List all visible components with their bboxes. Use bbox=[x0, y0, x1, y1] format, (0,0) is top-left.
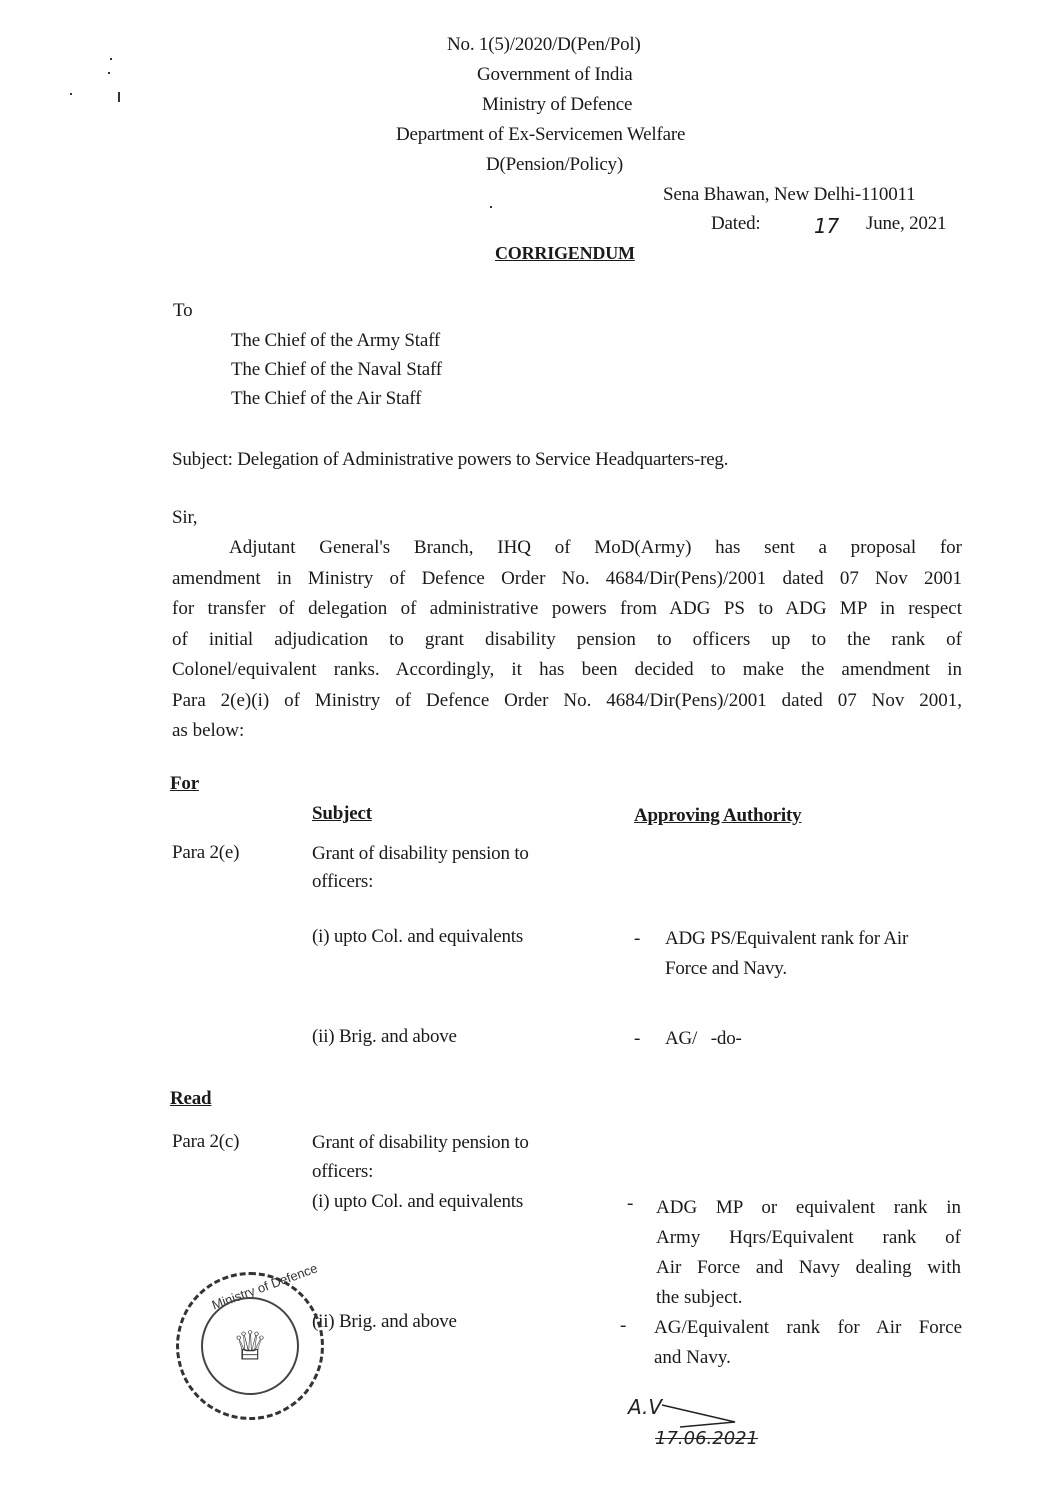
document-title: CORRIGENDUM bbox=[495, 242, 635, 264]
for-subject-line2: officers: bbox=[312, 871, 373, 893]
read-authority-1-line: Air Force and Navy dealing with bbox=[656, 1253, 961, 1283]
for-authority-1-line2: Force and Navy. bbox=[665, 958, 787, 980]
dated-label: Dated: bbox=[711, 213, 760, 235]
for-authority-1-line1: ADG PS/Equivalent rank for Air bbox=[665, 928, 908, 950]
division-name: D(Pension/Policy) bbox=[486, 154, 623, 176]
read-authority-2-line: AG/Equivalent rank for Air Force bbox=[654, 1313, 962, 1343]
recipient-air: The Chief of the Air Staff bbox=[231, 388, 421, 410]
for-para-ref: Para 2(e) bbox=[172, 842, 239, 864]
read-dash-1: - bbox=[627, 1193, 633, 1215]
for-heading: For bbox=[170, 773, 199, 795]
read-para-ref: Para 2(c) bbox=[172, 1131, 239, 1153]
body-paragraph: Adjutant General's Branch, IHQ of MoD(Ar… bbox=[172, 533, 962, 747]
salutation: Sir, bbox=[172, 507, 197, 529]
department-name: Department of Ex-Servicemen Welfare bbox=[396, 124, 685, 146]
scan-speck bbox=[70, 93, 72, 95]
for-subject-line1: Grant of disability pension to bbox=[312, 843, 529, 865]
scan-speck bbox=[108, 72, 110, 74]
to-label: To bbox=[173, 300, 192, 322]
body-line: as below: bbox=[172, 716, 962, 747]
for-dash-2: - bbox=[634, 1028, 640, 1050]
read-item-1: (i) upto Col. and equivalents bbox=[312, 1191, 523, 1213]
scan-speck bbox=[110, 58, 112, 60]
stamp-inner-ring: ♕ bbox=[201, 1297, 299, 1395]
read-authority-1-line: ADG MP or equivalent rank in bbox=[656, 1193, 961, 1223]
body-line: amendment in Ministry of Defence Order N… bbox=[172, 564, 962, 595]
read-authority-2-line: and Navy. bbox=[654, 1343, 962, 1373]
dated-day-handwritten: 17 bbox=[814, 215, 839, 237]
signature-flourish-icon bbox=[660, 1400, 740, 1430]
for-dash-1: - bbox=[634, 928, 640, 950]
read-subject-line1: Grant of disability pension to bbox=[312, 1132, 529, 1154]
read-authority-1-line: the subject. bbox=[656, 1283, 961, 1313]
scan-speck bbox=[118, 92, 120, 102]
column-subject-heading: Subject bbox=[312, 803, 372, 825]
recipient-navy: The Chief of the Naval Staff bbox=[231, 359, 442, 381]
read-authority-2: AG/Equivalent rank for Air Force and Nav… bbox=[654, 1313, 962, 1373]
body-line: of initial adjudication to grant disabil… bbox=[172, 625, 962, 656]
column-authority-heading: Approving Authority bbox=[634, 805, 801, 827]
body-line: Para 2(e)(i) of Ministry of Defence Orde… bbox=[172, 686, 962, 717]
ministry-name: Ministry of Defence bbox=[482, 94, 632, 116]
official-stamp: Ministry of Defence ♕ bbox=[176, 1272, 324, 1420]
scan-speck bbox=[490, 206, 492, 208]
national-emblem-icon: ♕ bbox=[232, 1323, 268, 1370]
body-line: Adjutant General's Branch, IHQ of MoD(Ar… bbox=[172, 533, 962, 564]
government-name: Government of India bbox=[477, 64, 633, 86]
signature-initials: A.V bbox=[628, 1395, 662, 1419]
reference-number: No. 1(5)/2020/D(Pen/Pol) bbox=[447, 34, 641, 56]
read-item-2: (ii) Brig. and above bbox=[312, 1311, 457, 1333]
read-subject-line2: officers: bbox=[312, 1161, 373, 1183]
for-item-2: (ii) Brig. and above bbox=[312, 1026, 457, 1048]
read-heading: Read bbox=[170, 1088, 211, 1110]
recipient-army: The Chief of the Army Staff bbox=[231, 330, 440, 352]
read-dash-2: - bbox=[620, 1315, 626, 1337]
for-authority-2: AG/ -do- bbox=[665, 1028, 742, 1050]
for-item-1: (i) upto Col. and equivalents bbox=[312, 926, 523, 948]
signature-date: 17.06.2021 bbox=[655, 1428, 758, 1449]
dated-month-year: June, 2021 bbox=[866, 213, 946, 235]
read-authority-1-line: Army Hqrs/Equivalent rank of bbox=[656, 1223, 961, 1253]
body-line: Colonel/equivalent ranks. Accordingly, i… bbox=[172, 655, 962, 686]
subject-line: Subject: Delegation of Administrative po… bbox=[172, 449, 728, 471]
body-line: for transfer of delegation of administra… bbox=[172, 594, 962, 625]
read-authority-1: ADG MP or equivalent rank in Army Hqrs/E… bbox=[656, 1193, 961, 1313]
address: Sena Bhawan, New Delhi-110011 bbox=[663, 184, 915, 206]
